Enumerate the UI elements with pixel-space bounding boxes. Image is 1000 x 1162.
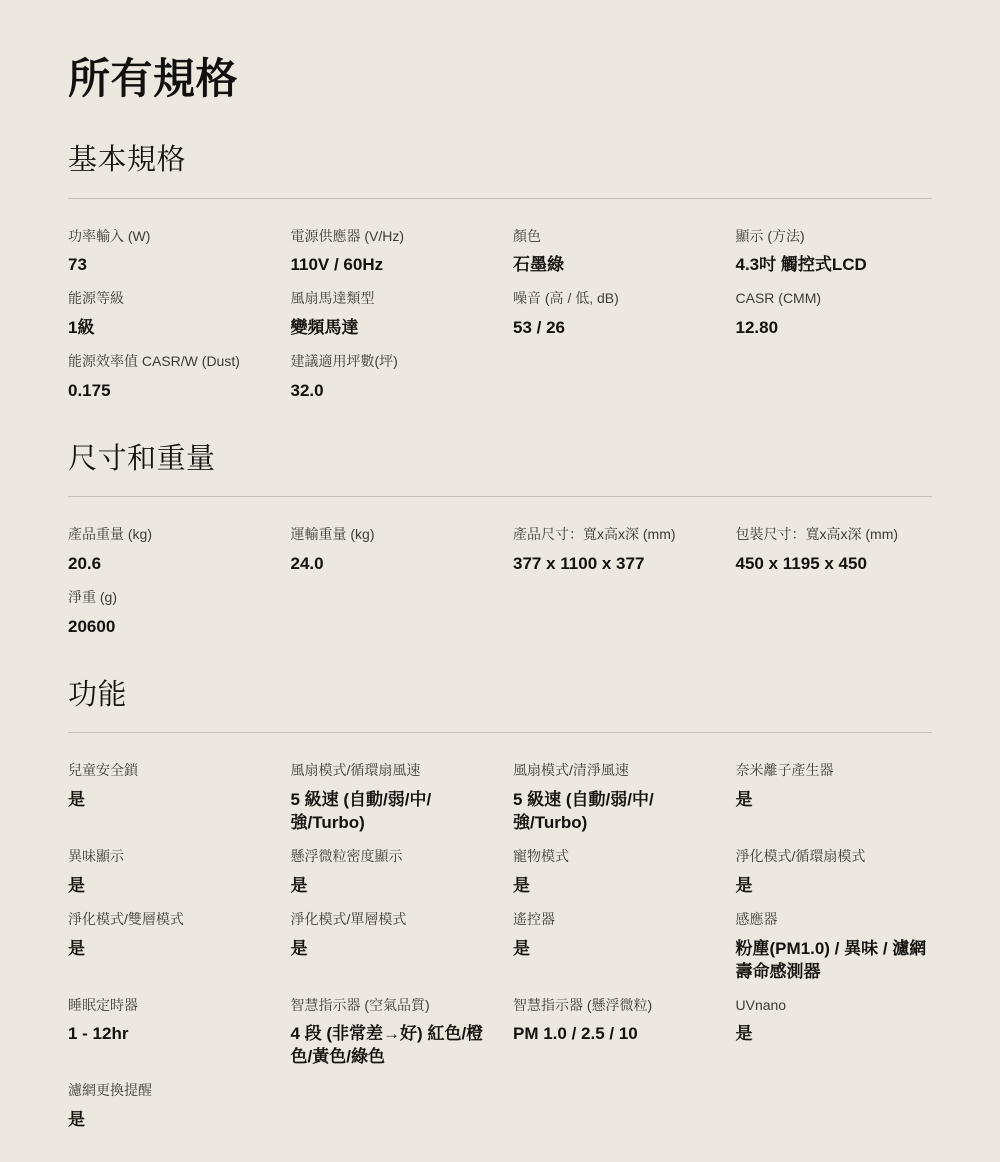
spec-label: 能源等級: [68, 289, 265, 309]
spec-label: UVnano: [736, 996, 933, 1016]
spec-item: 顏色石墨綠: [513, 227, 710, 278]
spec-value: 是: [291, 938, 488, 961]
spec-item: 濾網更換提醒是: [68, 1081, 265, 1132]
spec-value: 是: [736, 789, 933, 812]
spec-item: 風扇馬達類型變頻馬達: [291, 289, 488, 340]
spec-label: 風扇模式/循環扇風速: [291, 761, 488, 781]
spec-item: 能源效率值 CASR/W (Dust)0.175: [68, 352, 265, 403]
spec-label: 建議適用坪數(坪): [291, 352, 488, 372]
spec-item: 淨化模式/雙層模式是: [68, 910, 265, 961]
spec-value: 1級: [68, 317, 265, 340]
spec-value: 5 級速 (自動/弱/中/強/Turbo): [513, 789, 710, 835]
spec-value: 53 / 26: [513, 317, 710, 340]
spec-label: 能源效率值 CASR/W (Dust): [68, 352, 265, 372]
spec-value: 是: [513, 875, 710, 898]
spec-label: 功率輸入 (W): [68, 227, 265, 247]
spec-item: 異味顯示是: [68, 847, 265, 898]
spec-item: 顯示 (方法)4.3吋 觸控式LCD: [736, 227, 933, 278]
spec-item: 淨化模式/循環扇模式是: [736, 847, 933, 898]
section-heading: 功能: [68, 679, 932, 733]
specs-page: 所有規格 基本規格功率輸入 (W)73電源供應器 (V/Hz)110V / 60…: [0, 0, 1000, 1162]
spec-item: 風扇模式/清淨風速5 級速 (自動/弱/中/強/Turbo): [513, 761, 710, 835]
spec-label: 智慧指示器 (空氣品質): [291, 996, 488, 1016]
spec-label: 奈米離子產生器: [736, 761, 933, 781]
spec-label: 包裝尺寸：寬x高x深 (mm): [736, 525, 933, 545]
spec-item: 淨重 (g)20600: [68, 588, 265, 639]
spec-label: 產品尺寸：寬x高x深 (mm): [513, 525, 710, 545]
spec-item: 懸浮微粒密度顯示是: [291, 847, 488, 898]
spec-value: 12.80: [736, 317, 933, 340]
spec-item: 智慧指示器 (懸浮微粒)PM 1.0 / 2.5 / 10: [513, 996, 710, 1047]
spec-item: 遙控器是: [513, 910, 710, 961]
spec-item: 運輸重量 (kg)24.0: [291, 525, 488, 576]
spec-label: CASR (CMM): [736, 289, 933, 309]
spec-label: 產品重量 (kg): [68, 525, 265, 545]
spec-item: 風扇模式/循環扇風速5 級速 (自動/弱/中/強/Turbo): [291, 761, 488, 835]
section-features: 功能兒童安全鎖是風扇模式/循環扇風速5 級速 (自動/弱/中/強/Turbo)風…: [68, 679, 932, 1132]
spec-label: 寵物模式: [513, 847, 710, 867]
spec-value: 20600: [68, 616, 265, 639]
spec-item: 建議適用坪數(坪)32.0: [291, 352, 488, 403]
spec-item: 能源等級1級: [68, 289, 265, 340]
spec-item: 噪音 (高 / 低, dB)53 / 26: [513, 289, 710, 340]
spec-item: 包裝尺寸：寬x高x深 (mm)450 x 1195 x 450: [736, 525, 933, 576]
spec-grid: 功率輸入 (W)73電源供應器 (V/Hz)110V / 60Hz顏色石墨綠顯示…: [68, 199, 932, 403]
spec-item: CASR (CMM)12.80: [736, 289, 933, 340]
section-basic-specs: 基本規格功率輸入 (W)73電源供應器 (V/Hz)110V / 60Hz顏色石…: [68, 144, 932, 403]
spec-grid: 產品重量 (kg)20.6運輸重量 (kg)24.0產品尺寸：寬x高x深 (mm…: [68, 497, 932, 639]
spec-label: 兒童安全鎖: [68, 761, 265, 781]
spec-value: 石墨綠: [513, 254, 710, 277]
spec-label: 淨化模式/循環扇模式: [736, 847, 933, 867]
spec-value: 4 段 (非常差→好) 紅色/橙色/黃色/綠色: [291, 1023, 488, 1069]
spec-value: 是: [291, 875, 488, 898]
spec-label: 遙控器: [513, 910, 710, 930]
spec-label: 睡眠定時器: [68, 996, 265, 1016]
spec-value: 0.175: [68, 380, 265, 403]
spec-value: 5 級速 (自動/弱/中/強/Turbo): [291, 789, 488, 835]
spec-value: 20.6: [68, 553, 265, 576]
spec-value: 4.3吋 觸控式LCD: [736, 254, 933, 277]
spec-label: 淨化模式/單層模式: [291, 910, 488, 930]
spec-label: 電源供應器 (V/Hz): [291, 227, 488, 247]
spec-item: 電源供應器 (V/Hz)110V / 60Hz: [291, 227, 488, 278]
section-dimensions-weight: 尺寸和重量產品重量 (kg)20.6運輸重量 (kg)24.0產品尺寸：寬x高x…: [68, 443, 932, 639]
spec-value: 是: [736, 1023, 933, 1046]
spec-label: 噪音 (高 / 低, dB): [513, 289, 710, 309]
section-heading: 尺寸和重量: [68, 443, 932, 497]
spec-label: 智慧指示器 (懸浮微粒): [513, 996, 710, 1016]
spec-value: 377 x 1100 x 377: [513, 553, 710, 576]
spec-item: 功率輸入 (W)73: [68, 227, 265, 278]
spec-item: 淨化模式/單層模式是: [291, 910, 488, 961]
section-heading: 基本規格: [68, 144, 932, 198]
spec-value: 73: [68, 254, 265, 277]
spec-grid: 兒童安全鎖是風扇模式/循環扇風速5 級速 (自動/弱/中/強/Turbo)風扇模…: [68, 733, 932, 1132]
spec-value: 是: [736, 875, 933, 898]
spec-label: 顏色: [513, 227, 710, 247]
spec-label: 懸浮微粒密度顯示: [291, 847, 488, 867]
spec-value: 1 - 12hr: [68, 1023, 265, 1046]
spec-value: 32.0: [291, 380, 488, 403]
spec-sections-container: 基本規格功率輸入 (W)73電源供應器 (V/Hz)110V / 60Hz顏色石…: [68, 144, 932, 1132]
spec-item: 奈米離子產生器是: [736, 761, 933, 812]
page-title: 所有規格: [68, 56, 932, 102]
spec-item: 感應器粉塵(PM1.0) / 異味 / 濾網壽命感測器: [736, 910, 933, 984]
spec-value: 是: [513, 938, 710, 961]
spec-item: 智慧指示器 (空氣品質)4 段 (非常差→好) 紅色/橙色/黃色/綠色: [291, 996, 488, 1070]
spec-label: 運輸重量 (kg): [291, 525, 488, 545]
spec-value: 450 x 1195 x 450: [736, 553, 933, 576]
spec-label: 顯示 (方法): [736, 227, 933, 247]
spec-label: 異味顯示: [68, 847, 265, 867]
spec-item: 寵物模式是: [513, 847, 710, 898]
spec-value: 是: [68, 789, 265, 812]
spec-value: 變頻馬達: [291, 317, 488, 340]
spec-value: PM 1.0 / 2.5 / 10: [513, 1023, 710, 1046]
spec-value: 24.0: [291, 553, 488, 576]
spec-value: 是: [68, 1109, 265, 1132]
spec-item: 睡眠定時器1 - 12hr: [68, 996, 265, 1047]
spec-value: 是: [68, 938, 265, 961]
spec-item: 產品尺寸：寬x高x深 (mm)377 x 1100 x 377: [513, 525, 710, 576]
spec-value: 粉塵(PM1.0) / 異味 / 濾網壽命感測器: [736, 938, 933, 984]
spec-value: 110V / 60Hz: [291, 254, 488, 277]
spec-label: 風扇馬達類型: [291, 289, 488, 309]
spec-label: 濾網更換提醒: [68, 1081, 265, 1101]
spec-label: 風扇模式/清淨風速: [513, 761, 710, 781]
spec-item: 兒童安全鎖是: [68, 761, 265, 812]
spec-item: UVnano是: [736, 996, 933, 1047]
spec-item: 產品重量 (kg)20.6: [68, 525, 265, 576]
spec-value: 是: [68, 875, 265, 898]
spec-label: 淨化模式/雙層模式: [68, 910, 265, 930]
spec-label: 感應器: [736, 910, 933, 930]
spec-label: 淨重 (g): [68, 588, 265, 608]
